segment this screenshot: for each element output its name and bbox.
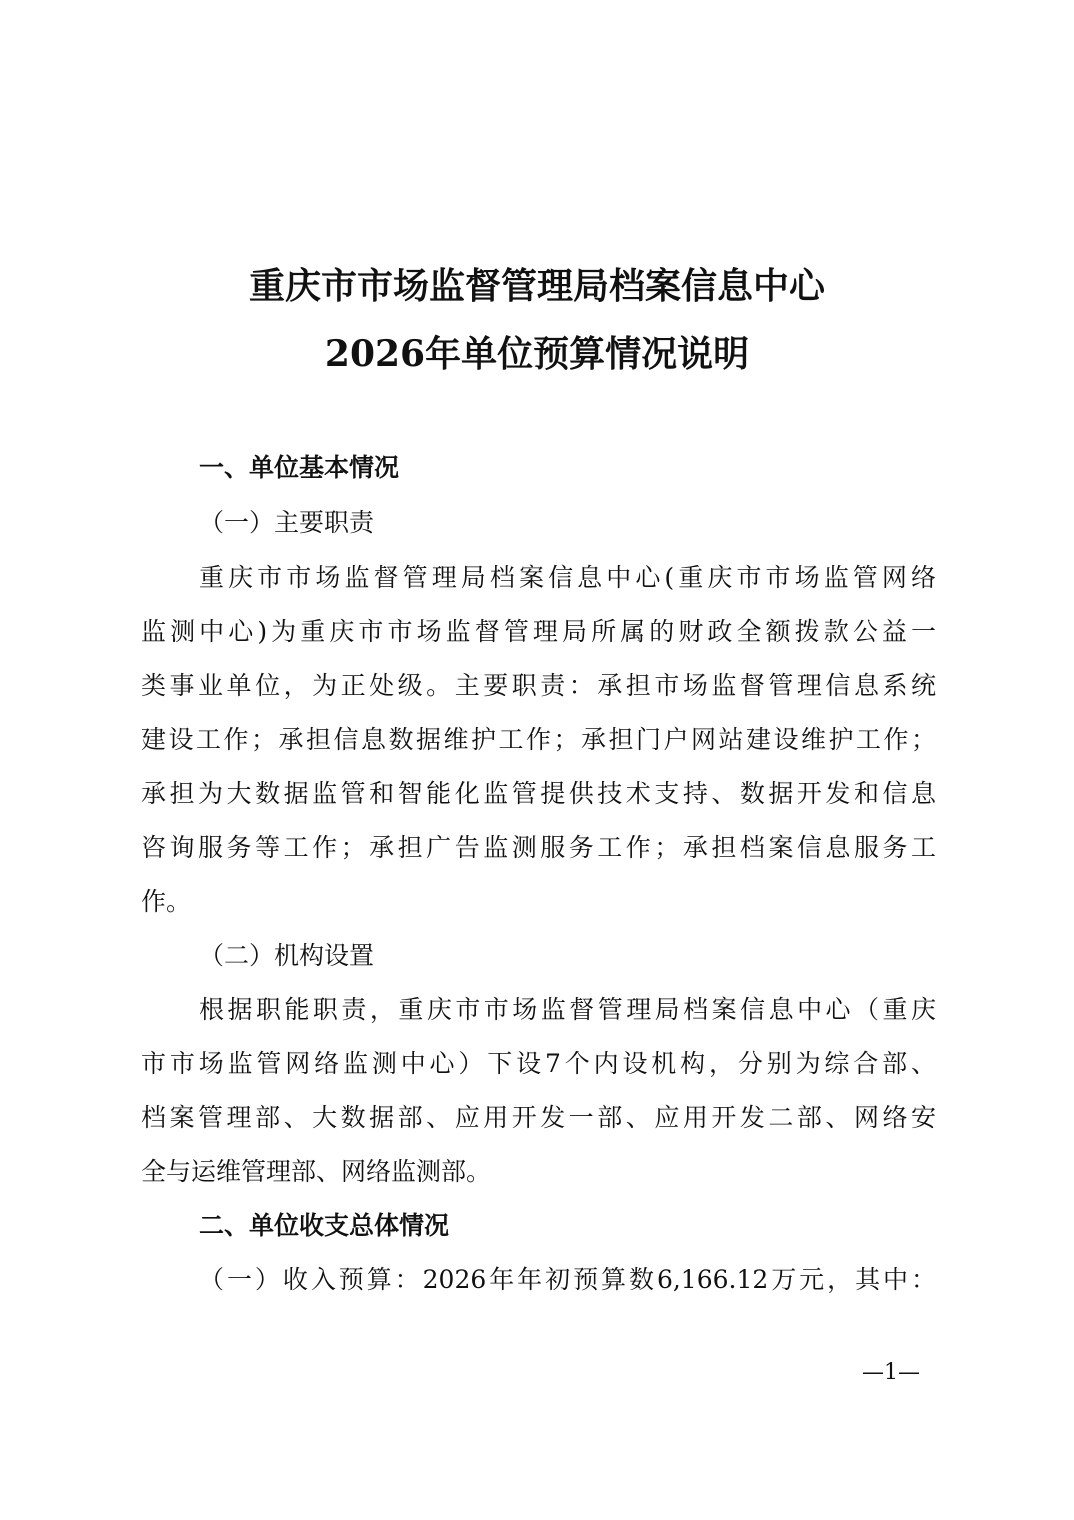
- paragraph-line: 承担为大数据监管和智能化监管提供技术支持、数据开发和信息: [141, 774, 936, 810]
- document-title-line2: 2026年单位预算情况说明: [0, 326, 1074, 377]
- paragraph-line: 建设工作；承担信息数据维护工作；承担门户网站建设维护工作；: [141, 720, 936, 756]
- paragraph-line: 全与运维管理部、网络监测部。: [141, 1152, 936, 1188]
- section-heading-income-expenditure: 二、单位收支总体情况: [199, 1206, 449, 1242]
- paragraph-line: （一）收入预算：2026年年初预算数6,166.12万元，其中：: [199, 1260, 936, 1296]
- section-heading-basic-info: 一、单位基本情况: [199, 448, 399, 484]
- paragraph-line: 监测中心)为重庆市市场监督管理局所属的财政全额拨款公益一: [141, 612, 936, 648]
- paragraph-line: 档案管理部、大数据部、应用开发一部、应用开发二部、网络安: [141, 1098, 936, 1134]
- paragraph-line: 根据职能职责，重庆市市场监督管理局档案信息中心（重庆: [199, 990, 936, 1026]
- paragraph-line: 咨询服务等工作；承担广告监测服务工作；承担档案信息服务工: [141, 828, 936, 864]
- document-title-line1: 重庆市市场监督管理局档案信息中心: [0, 258, 1074, 309]
- subsection-heading-organization: （二）机构设置: [199, 936, 374, 972]
- subsection-heading-duties: （一）主要职责: [199, 503, 374, 539]
- paragraph-line: 市市场监管网络监测中心）下设7个内设机构，分别为综合部、: [141, 1044, 936, 1080]
- paragraph-line: 重庆市市场监督管理局档案信息中心(重庆市市场监管网络: [199, 558, 936, 594]
- paragraph-line: 类事业单位，为正处级。主要职责：承担市场监督管理信息系统: [141, 666, 936, 702]
- paragraph-line: 作。: [141, 882, 936, 918]
- page-number: —1—: [862, 1360, 920, 1385]
